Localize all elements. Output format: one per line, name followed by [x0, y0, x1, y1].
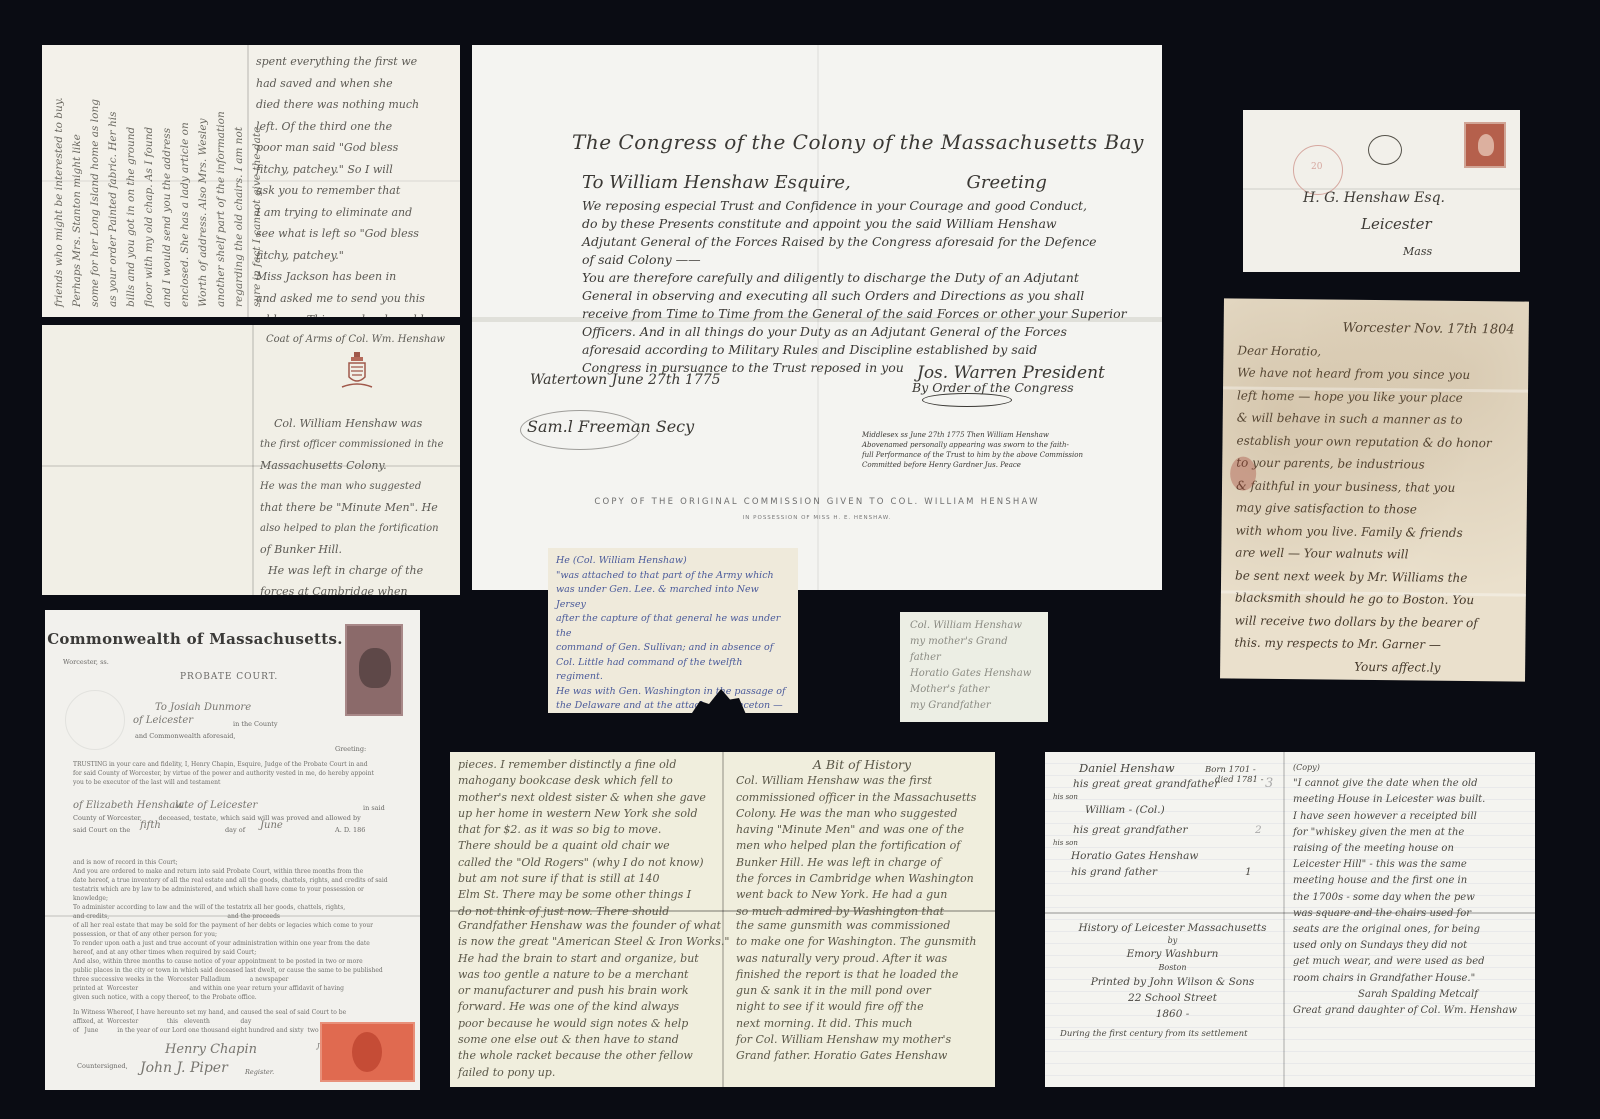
handwriting-line: Col. William Henshaw was: [260, 413, 454, 434]
revenue-stamp-washington-icon: [345, 624, 403, 716]
postmark-number: 20: [1311, 162, 1322, 172]
handwriting-line: commissioned officer in the Massachusett…: [736, 790, 988, 806]
generation-number: 3: [1265, 776, 1273, 792]
letter-pages-document: friends who might be interested to buy. …: [42, 45, 460, 317]
oath-line: Abovenamed personally appearing was swor…: [862, 440, 1083, 450]
history-page-bottom-right: the same gunsmith was commissioned to ma…: [728, 915, 995, 1068]
history-page-top-right: A Bit of History Col. William Henshaw wa…: [728, 754, 995, 923]
coat-of-arms-heading: Coat of Arms of Col. Wm. Henshaw: [266, 333, 454, 347]
handwriting-line: Elm St. There may be some other things I: [458, 887, 706, 903]
handwriting-line: was naturally very proud. After it was: [736, 951, 988, 967]
relation: his grand father: [1071, 866, 1157, 878]
handwriting-line: Colony. He was the man who suggested: [736, 806, 988, 822]
handwriting-line: fitchy, patchey.": [256, 245, 454, 267]
handwriting-line: having "Minute Men" and was one of the: [736, 822, 988, 838]
probate-line: public places in the city or town in whi…: [73, 966, 383, 975]
address-line: H. G. Henshaw Esq.: [1303, 190, 1445, 206]
commission-line: General in observing and executing all s…: [582, 287, 1162, 305]
handwriting-line: He had the brain to start and organize, …: [458, 951, 730, 967]
handwriting-line: is now the great "American Steel & Iron …: [458, 934, 730, 950]
blue-ink-note: He (Col. William Henshaw) "was attached …: [548, 548, 798, 713]
handwriting-line: I have seen however a receipted bill: [1293, 809, 1533, 825]
handwriting-line: Col. William Henshaw was the first: [736, 773, 988, 789]
day-value: fifth: [140, 820, 161, 831]
trusting-paragraph: TRUSTING in your care and fidelity, I, H…: [73, 760, 383, 787]
handwriting-line: command of Gen. Sullivan; and in absence…: [556, 641, 790, 656]
handwriting-line: gun & sank it in the mill pond over: [736, 983, 988, 999]
commission-line: of said Colony ——: [582, 251, 1162, 269]
history-page-top-left: pieces. I remember distinctly a fine old…: [450, 754, 714, 923]
embossed-seal-icon: [65, 690, 125, 750]
handwriting-line: "I cannot give the date when the old: [1293, 776, 1533, 792]
commission-document: The Congress of the Colony of the Massac…: [472, 45, 1162, 590]
probate-text: in the County: [233, 720, 278, 728]
handwriting-line: after the capture of that general he was…: [556, 612, 790, 641]
handwriting-line: night to see if it would fire off the: [736, 999, 988, 1015]
commission-line: We reposing especial Trust and Confidenc…: [582, 197, 1162, 215]
handwriting-line: that there be "Minute Men". He: [260, 497, 454, 518]
address-line: Leicester: [1361, 215, 1432, 233]
handwriting-line: Massachusetts Colony.: [260, 455, 454, 476]
rate-mark-icon: [1368, 135, 1402, 165]
oath-line: Middlesex ss June 27th 1775 Then William…: [862, 430, 1083, 440]
probate-line: possession, or that of any other person …: [73, 930, 383, 939]
handwriting-line: for "whiskey given the men at the: [1293, 825, 1533, 841]
place-date: Watertown June 27th 1775: [530, 372, 721, 388]
handwriting-line: the same gunsmith was commissioned: [736, 918, 988, 934]
probate-line: hereof, and at any other times when requ…: [73, 948, 383, 957]
commission-caption-sub: IN POSSESSION OF MISS H. E. HENSHAW.: [472, 515, 1162, 521]
probate-line: date hereof, a true inventory of all the…: [73, 876, 383, 885]
handwriting-line: called the "Old Rogers" (why I do not kn…: [458, 855, 706, 871]
handwriting-line: the forces in Cambridge when Washington: [736, 871, 988, 887]
handwriting-line: the whole racket because the other fello…: [458, 1048, 730, 1064]
addressee: To William Henshaw Esquire,: [582, 172, 851, 193]
revenue-stamp-red-icon: [320, 1022, 415, 1082]
handwriting-line: I am trying to eliminate and: [256, 202, 454, 224]
handwriting-line: room chairs in Grandfather House.": [1293, 971, 1533, 987]
postage-stamp-icon: [1464, 122, 1506, 168]
handwriting-line: meeting House in Leicester was built.: [1293, 792, 1533, 808]
handwriting-line: He (Col. William Henshaw): [556, 554, 790, 569]
commission-line: You are therefore carefully and diligent…: [582, 269, 1162, 287]
president-signature: Jos. Warren President: [917, 363, 1105, 383]
handwriting-line: the 1700s - some day when the pew: [1293, 890, 1533, 906]
handwriting-line: men who helped plan the fortification of: [736, 838, 988, 854]
handwriting-line: was square and the chairs used for: [1293, 906, 1533, 922]
probate-line: knowledge;: [73, 894, 383, 903]
probate-line: To render upon oath a just and true acco…: [73, 939, 383, 948]
handwriting-line: for Col. William Henshaw my mother's: [736, 1032, 988, 1048]
commission-line: Officers. And in all things do your Duty…: [582, 323, 1162, 341]
paper-stain: [1220, 298, 1529, 681]
probate-heading: Commonwealth of Massachusetts.: [45, 630, 345, 648]
signature-flourish: [520, 410, 640, 450]
signature-flourish: [922, 393, 1012, 407]
pencil-card-text: Col. William Henshaw my mother's Grand f…: [900, 612, 1048, 720]
handwriting-line: some one else out & then have to stand: [458, 1032, 730, 1048]
handwriting-line: the first officer commissioned in the: [260, 434, 454, 455]
relation-prefix: his son: [1053, 792, 1280, 802]
pencil-card: Col. William Henshaw my mother's Grand f…: [900, 612, 1048, 722]
book-year: 1860 -: [1060, 1006, 1285, 1022]
relation: his great great grandfather: [1073, 778, 1219, 790]
handwriting-line: get much wear, and were used as bed: [1293, 954, 1533, 970]
handwriting-line: and asked me to send you this: [256, 288, 454, 310]
probate-line: and credits, and the proceeds: [73, 912, 383, 921]
handwriting-line: but am not sure if that is still at 140: [458, 871, 706, 887]
handwriting-line: meeting house and the first one in: [1293, 873, 1533, 889]
history-page-bottom-left: Grandfather Henshaw was the founder of w…: [450, 915, 738, 1084]
genealogy-document: Daniel HenshawBorn 1701 - his great grea…: [1045, 752, 1535, 1087]
commission-line: receive from Time to Time from the Gener…: [582, 305, 1162, 323]
handwriting-line: Bunker Hill. He was left in charge of: [736, 855, 988, 871]
handwriting-line: that for $2. as it was so big to move.: [458, 822, 706, 838]
handwriting-line: failed to pony up.: [458, 1065, 730, 1081]
signature-relation: Great grand daughter of Col. Wm. Henshaw: [1293, 1003, 1533, 1019]
handwriting-line: forces at Cambridge when: [260, 581, 454, 595]
handwriting-line: Miss Jackson has been in: [256, 266, 454, 288]
probate-line: and is now of record in this Court;: [73, 858, 383, 867]
handwriting-line: mother's next oldest sister & when she g…: [458, 790, 706, 806]
address-line: Mass: [1403, 245, 1432, 258]
book-by: by: [1060, 936, 1285, 946]
handwriting-line: my Grandfather: [910, 698, 1038, 714]
probate-text: said Court on the: [73, 826, 130, 834]
handwriting-line: to make one for Washington. The gunsmith: [736, 934, 988, 950]
book-subtitle: During the first century from its settle…: [1060, 1026, 1285, 1042]
probate-text: County of Worcester, deceased, testate, …: [73, 814, 361, 822]
handwriting-line: of Bunker Hill.: [260, 539, 454, 560]
probate-body: and is now of record in this Court; And …: [73, 858, 383, 1002]
commission-body: The Congress of the Colony of the Massac…: [582, 130, 1162, 397]
register-title: Register.: [245, 1068, 274, 1076]
book-place: Boston: [1060, 962, 1285, 974]
oath-line: full Performance of the Trust to him by …: [862, 450, 1083, 460]
book-title: History of Leicester Massachusetts: [1060, 920, 1285, 936]
probate-text: in said: [363, 804, 385, 812]
handwriting-line: Grand father. Horatio Gates Henshaw: [736, 1048, 988, 1064]
book-author: Emory Washburn: [1060, 946, 1285, 962]
probate-line: TRUSTING in your care and fidelity, I, H…: [73, 760, 383, 769]
handwriting-line: Horatio Gates Henshaw: [910, 666, 1038, 682]
handwriting-line: finished the report is that he loaded th…: [736, 967, 988, 983]
addressee-line: To William Henshaw Esquire, Greeting: [582, 172, 1162, 193]
washington-portrait-icon: [359, 648, 391, 688]
letter-right-page: spent everything the first we had saved …: [250, 45, 460, 317]
register-signature: John J. Piper: [140, 1060, 228, 1076]
handwriting-line: next morning. It did. This much: [736, 1016, 988, 1032]
probate-court-document: Commonwealth of Massachusetts. Worcester…: [45, 610, 420, 1090]
handwriting-line: He was left in charge of the: [260, 560, 454, 581]
ancestor-name: Horatio Gates Henshaw: [1065, 848, 1280, 864]
handwriting-line: ask you to remember that: [256, 180, 454, 202]
commission-line: aforesaid according to Military Rules an…: [582, 341, 1162, 359]
handwriting-line: had saved and when she: [256, 73, 454, 95]
handwriting-line: the Delaware and at the attack on Prince…: [556, 699, 790, 713]
genealogy-left-top: Daniel HenshawBorn 1701 - his great grea…: [1065, 760, 1280, 880]
handwriting-line: also helped to plan the fortification: [260, 518, 454, 539]
appointee-town: of Leicester: [133, 715, 193, 726]
probate-line: three successive weeks in the Worcester …: [73, 975, 383, 984]
county-label: Worcester, ss.: [63, 658, 109, 666]
handwriting-line: He was the man who suggested: [260, 476, 454, 497]
signature: Sarah Spalding Metcalf: [1293, 987, 1533, 1003]
oath-line: Committed before Henry Gardner Jus. Peac…: [862, 460, 1083, 470]
stamp-portrait-icon: [352, 1032, 382, 1072]
handwriting-line: left. Of the third one the: [256, 116, 454, 138]
oath-block: Middlesex ss June 27th 1775 Then William…: [862, 430, 1083, 470]
probate-line: printed at Worcester and within one year…: [73, 984, 383, 993]
handwriting-line: was too gentle a nature to be a merchant: [458, 967, 730, 983]
handwriting-line: or manufacturer and push his brain work: [458, 983, 730, 999]
handwriting-line: up her home in western New York she sold: [458, 806, 706, 822]
deceased-town: late of Leicester: [175, 800, 257, 811]
greeting: Greeting: [967, 172, 1047, 193]
probate-line: To administer according to law and the w…: [73, 903, 383, 912]
handwriting-line: seats are the original ones, for being: [1293, 922, 1533, 938]
handwriting-line: He was with Gen. Washington in the passa…: [556, 685, 790, 700]
month-value: June: [260, 820, 283, 831]
handwriting-line: "was attached to that part of the Army w…: [556, 569, 790, 584]
handwriting-line: Col. William Henshaw: [910, 618, 1038, 634]
genealogy-left-bottom: History of Leicester Massachusetts by Em…: [1060, 920, 1285, 1042]
commission-line: do by these Presents constitute and appo…: [582, 215, 1162, 233]
handwriting-line: poor man said "God bless: [256, 137, 454, 159]
commission-title: The Congress of the Colony of the Massac…: [572, 130, 1162, 154]
year-value: A. D. 186: [335, 826, 365, 834]
handwriting-line: forward. He was one of the kind always: [458, 999, 730, 1015]
handwriting-line: see what is left so "God bless: [256, 223, 454, 245]
generation-number: 1: [1245, 864, 1252, 880]
probate-line: for said County of Worcester, by virtue …: [73, 769, 383, 778]
generation-number: 2: [1255, 822, 1262, 838]
relation-prefix: his son: [1053, 838, 1280, 848]
handwriting-line: There should be a quaint old chair we: [458, 838, 706, 854]
handwriting-line: Col. Little had command of the twelfth r…: [556, 656, 790, 685]
handwriting-line: was under Gen. Lee. & marched into New J…: [556, 583, 790, 612]
handwriting-line: Grandfather Henshaw was the founder of w…: [458, 918, 730, 934]
probate-text: and Commonwealth aforesaid,: [135, 732, 236, 740]
handwriting-line: raising of the meeting house on: [1293, 841, 1533, 857]
died-note: died 1781 -: [1215, 772, 1264, 788]
handwriting-line: poor because he would sign notes & help: [458, 1016, 730, 1032]
deceased-name: of Elizabeth Henshaw: [73, 800, 184, 811]
bit-of-history-letter: pieces. I remember distinctly a fine old…: [450, 752, 995, 1087]
court-label: PROBATE COURT.: [180, 672, 278, 682]
relation: his great grandfather: [1073, 824, 1187, 836]
handwriting-line: used only on Sundays they did not: [1293, 938, 1533, 954]
probate-line: you to be executor of the last will and …: [73, 778, 383, 787]
postmark-icon: 20: [1293, 145, 1343, 195]
handwriting-line: went back to New York. He had a gun: [736, 887, 988, 903]
copy-label: (Copy): [1293, 760, 1533, 776]
probate-line: of all her real estate that may be sold …: [73, 921, 383, 930]
book-printer: Printed by John Wilson & Sons: [1060, 974, 1285, 990]
commission-line: Adjutant General of the Forces Raised by…: [582, 233, 1162, 251]
handwriting-line: mahogany bookcase desk which fell to: [458, 773, 706, 789]
ancestor-name: Daniel Henshaw: [1079, 761, 1175, 775]
handwriting-line: pieces. I remember distinctly a fine old: [458, 757, 706, 773]
appointee-name: To Josiah Dunmore: [155, 702, 251, 713]
genealogy-right-page: (Copy) "I cannot give the date when the …: [1293, 760, 1533, 1019]
probate-line: And you are ordered to make and return i…: [73, 867, 383, 876]
commission-caption: COPY OF THE ORIGINAL COMMISSION GIVEN TO…: [472, 497, 1162, 507]
probate-line: given such notice, with a copy thereof, …: [73, 993, 383, 1002]
handwriting-line: my mother's Grand father: [910, 634, 1038, 666]
probate-line: And also, within three months to cause n…: [73, 957, 383, 966]
book-address: 22 School Street: [1060, 990, 1285, 1006]
envelope-document: 20 H. G. Henshaw Esq. Leicester Mass: [1243, 110, 1520, 272]
handwriting-line: fitchy, patchey." So I will: [256, 159, 454, 181]
coat-of-arms-page: Coat of Arms of Col. Wm. Henshaw Col. Wi…: [254, 325, 460, 595]
probate-text: day of: [225, 826, 245, 834]
probate-line: In Witness Whereof, I have hereunto set …: [73, 1008, 383, 1017]
blue-note-text: He (Col. William Henshaw) "was attached …: [548, 548, 798, 713]
countersigned-label: Countersigned,: [77, 1062, 128, 1070]
aged-letter-document: Worcester Nov. 17th 1804 Dear Horatio, W…: [1220, 298, 1529, 681]
judge-signature: Henry Chapin: [165, 1042, 257, 1057]
handwriting-line: spent everything the first we: [256, 51, 454, 73]
handwriting-line: Leicester Hill" - this was the same: [1293, 857, 1533, 873]
history-title: A Bit of History: [736, 757, 988, 773]
probate-greeting: Greeting:: [335, 745, 366, 753]
coat-of-arms-crest-icon: [340, 351, 374, 393]
queen-portrait-icon: [1478, 134, 1494, 156]
probate-line: testatrix which are by law to be adminis…: [73, 885, 383, 894]
handwriting-line: died there was nothing much: [256, 94, 454, 116]
handwriting-line: Mother's father: [910, 682, 1038, 698]
coat-of-arms-letter: Coat of Arms of Col. Wm. Henshaw Col. Wi…: [42, 325, 460, 595]
handwriting-line: address. This man has her old: [256, 309, 454, 317]
ancestor-name: William - (Col.): [1065, 802, 1280, 818]
